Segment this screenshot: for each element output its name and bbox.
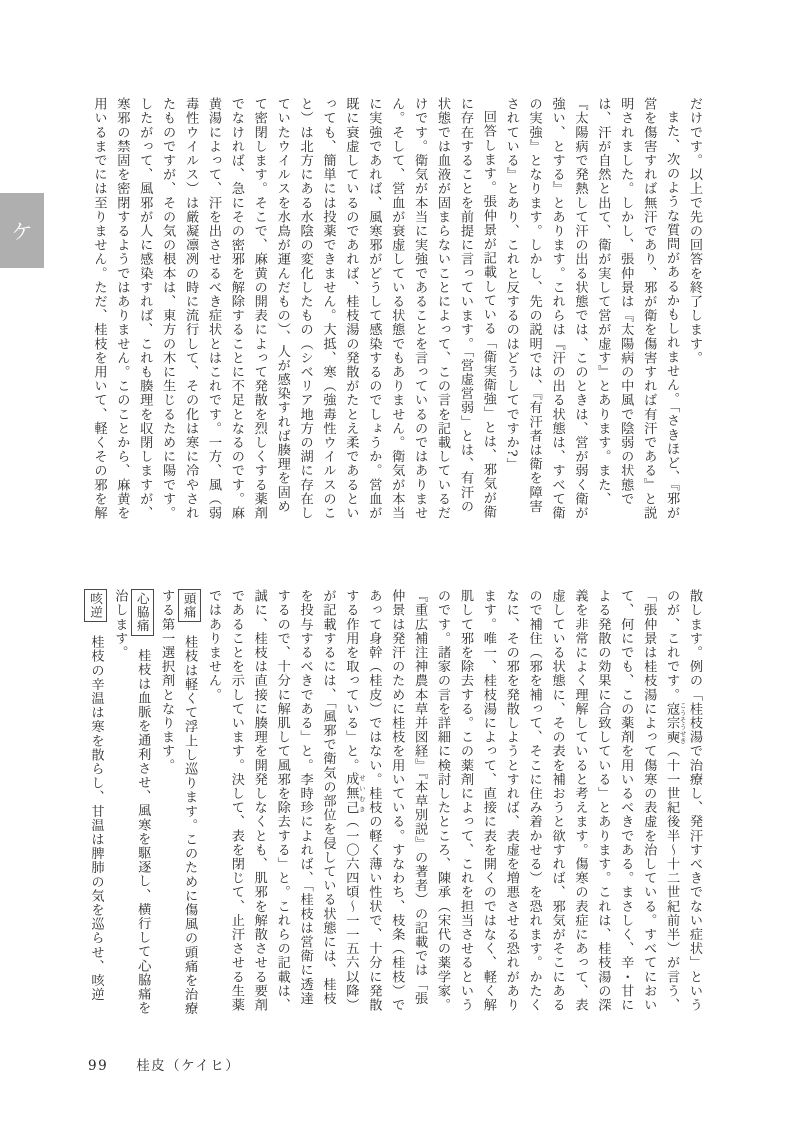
paragraph: 頭痛桂枝は軽くて浮上し巡ります。このために傷風の頭痛を治療する第一選択剤となりま…	[154, 589, 201, 1016]
ruby-annotated-name: 寇宗奭こうそうせき	[664, 702, 679, 744]
book-page: { "colors": { "text": "#2b2b2b", "tab_bg…	[0, 0, 800, 1129]
page-number: 99	[88, 1058, 108, 1074]
paragraph: 心脇痛桂枝は血脈を通利させ、風寒を駆逐し、横行して心脇痛を治します。	[107, 589, 154, 1016]
section-heading: 心脇痛	[131, 589, 154, 636]
paragraph: 咳逆桂枝の辛温は寒を散らし、甘温は脾肺の気を巡らせ、咳逆	[84, 589, 108, 1016]
main-text-lower-band: 散します。例の「桂枝湯で治療し、発汗すべきでない症状」というのが、これです。寇宗…	[61, 589, 705, 1016]
index-tab: ケ	[0, 193, 44, 268]
page-footer: 99 桂皮（ケイヒ）	[88, 1054, 240, 1074]
ruby-annotated-name: 成無己せいむき	[343, 772, 358, 814]
footer-chapter-title: 桂皮（ケイヒ）	[136, 1054, 240, 1074]
main-text-upper-band: だけです。以上で先の回答を終了します。また、次のような質問があるかもしれません。…	[61, 97, 705, 524]
section-heading: 頭痛	[178, 589, 201, 622]
index-tab-label: ケ	[12, 216, 33, 246]
section-heading: 咳逆	[84, 589, 107, 622]
paragraph: 散します。例の「桂枝湯で治療し、発汗すべきでない症状」というのが、これです。寇宗…	[201, 589, 705, 1016]
paragraph: 回答します。張仲景が記載している「衛実衛強」とは、邪気が衛に存在することを前提に…	[87, 97, 499, 524]
paragraph: また、次のような質問があるかもしれません。「さきほど、『邪が営を傷害すれば無汗で…	[499, 97, 682, 524]
paragraph: だけです。以上で先の回答を終了します。	[682, 97, 705, 524]
